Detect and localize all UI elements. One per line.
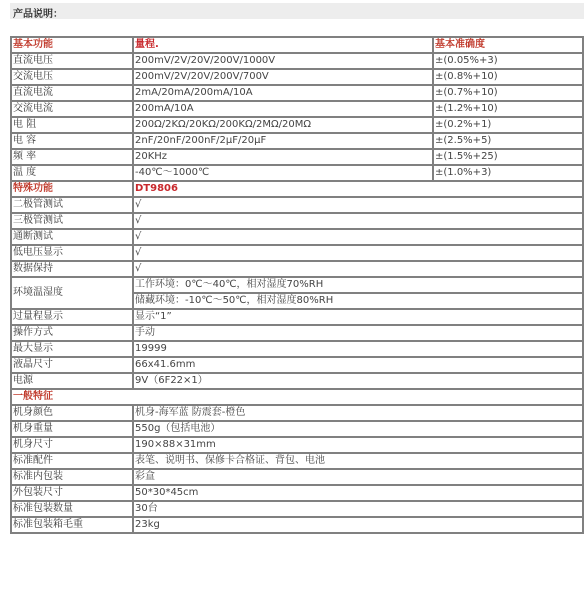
accuracy-value: ±(1.0%+3) (433, 165, 583, 181)
function-name: 直流电流 (11, 85, 133, 101)
table-row: 通断测试 √ (11, 229, 583, 245)
header-general-features: 一般特征 (11, 389, 583, 405)
feature-value: 9V（6F22×1） (133, 373, 583, 389)
table-row: 机身尺寸 190×88×31mm (11, 437, 583, 453)
general-header-row: 一般特征 (11, 389, 583, 405)
check-mark: √ (133, 229, 583, 245)
range-value: 20KHz (133, 149, 433, 165)
feature-name: 标准内包装 (11, 469, 133, 485)
feature-name: 三极管测试 (11, 213, 133, 229)
table-row: 过量程显示 显示“1” (11, 309, 583, 325)
storage-environment: 储藏环境：-10℃～50℃，相对湿度80%RH (133, 293, 583, 309)
header-special-function: 特殊功能 (11, 181, 133, 197)
table-row: 标准内包装 彩盒 (11, 469, 583, 485)
check-mark: √ (133, 261, 583, 277)
model-name: DT9806 (133, 181, 583, 197)
feature-name: 机身重量 (11, 421, 133, 437)
feature-value: 30台 (133, 501, 583, 517)
accuracy-value: ±(0.05%+3) (433, 53, 583, 69)
accuracy-value: ±(0.7%+10) (433, 85, 583, 101)
function-name: 交流电压 (11, 69, 133, 85)
table-row: 液晶尺寸 66x41.6mm (11, 357, 583, 373)
section-title-bar: 产品说明： (10, 3, 584, 19)
check-mark: √ (133, 245, 583, 261)
table-row: 机身颜色 机身-海军蓝 防震套-橙色 (11, 405, 583, 421)
table-row: 标准配件 表笔、说明书、保修卡合格证、背包、电池 (11, 453, 583, 469)
accuracy-value: ±(2.5%+5) (433, 133, 583, 149)
feature-name: 操作方式 (11, 325, 133, 341)
function-name: 直流电压 (11, 53, 133, 69)
feature-name: 最大显示 (11, 341, 133, 357)
accuracy-value: ±(0.2%+1) (433, 117, 583, 133)
feature-name: 二极管测试 (11, 197, 133, 213)
function-name: 电 阻 (11, 117, 133, 133)
basic-header-row: 基本功能 量程. 基本准确度 (11, 37, 583, 53)
feature-name: 通断测试 (11, 229, 133, 245)
function-name: 交流电流 (11, 101, 133, 117)
range-value: 200mV/2V/20V/200V/700V (133, 69, 433, 85)
feature-name: 机身尺寸 (11, 437, 133, 453)
range-value: 200mV/2V/20V/200V/1000V (133, 53, 433, 69)
range-value: 2nF/20nF/200nF/2μF/20μF (133, 133, 433, 149)
table-row: 三极管测试 √ (11, 213, 583, 229)
table-row: 交流电压 200mV/2V/20V/200V/700V ±(0.8%+10) (11, 69, 583, 85)
accuracy-value: ±(0.8%+10) (433, 69, 583, 85)
spec-table: 基本功能 量程. 基本准确度 直流电压 200mV/2V/20V/200V/10… (10, 36, 584, 534)
table-row: 二极管测试 √ (11, 197, 583, 213)
table-row: 环境温湿度 工作环境：0℃～40℃，相对湿度70%RH (11, 277, 583, 293)
table-row: 标准包装箱毛重 23kg (11, 517, 583, 533)
feature-value: 190×88×31mm (133, 437, 583, 453)
feature-name: 电源 (11, 373, 133, 389)
table-row: 操作方式 手动 (11, 325, 583, 341)
feature-value: 550g（包括电池） (133, 421, 583, 437)
table-row: 温 度 -40℃～1000℃ ±(1.0%+3) (11, 165, 583, 181)
feature-name: 数据保持 (11, 261, 133, 277)
check-mark: √ (133, 213, 583, 229)
feature-value: 手动 (133, 325, 583, 341)
table-row: 数据保持 √ (11, 261, 583, 277)
feature-value: 彩盒 (133, 469, 583, 485)
feature-value: 机身-海军蓝 防震套-橙色 (133, 405, 583, 421)
working-environment: 工作环境：0℃～40℃，相对湿度70%RH (133, 277, 583, 293)
feature-name: 过量程显示 (11, 309, 133, 325)
table-row: 电源 9V（6F22×1） (11, 373, 583, 389)
table-row: 交流电流 200mA/10A ±(1.2%+10) (11, 101, 583, 117)
range-value: 2mA/20mA/200mA/10A (133, 85, 433, 101)
header-basic-function: 基本功能 (11, 37, 133, 53)
feature-value: 显示“1” (133, 309, 583, 325)
feature-value: 19999 (133, 341, 583, 357)
table-row: 标准包装数量 30台 (11, 501, 583, 517)
table-row: 低电压显示 √ (11, 245, 583, 261)
table-row: 外包装尺寸 50*30*45cm (11, 485, 583, 501)
range-value: 200Ω/2KΩ/20KΩ/200KΩ/2MΩ/20MΩ (133, 117, 433, 133)
feature-name: 外包装尺寸 (11, 485, 133, 501)
feature-value: 50*30*45cm (133, 485, 583, 501)
environment-label: 环境温湿度 (11, 277, 133, 309)
table-row: 电 容 2nF/20nF/200nF/2μF/20μF ±(2.5%+5) (11, 133, 583, 149)
table-row: 最大显示 19999 (11, 341, 583, 357)
table-row: 电 阻 200Ω/2KΩ/20KΩ/200KΩ/2MΩ/20MΩ ±(0.2%+… (11, 117, 583, 133)
function-name: 电 容 (11, 133, 133, 149)
accuracy-value: ±(1.5%+25) (433, 149, 583, 165)
function-name: 温 度 (11, 165, 133, 181)
feature-name: 标准包装箱毛重 (11, 517, 133, 533)
range-value: -40℃～1000℃ (133, 165, 433, 181)
feature-name: 机身颜色 (11, 405, 133, 421)
header-range: 量程. (133, 37, 433, 53)
table-row: 直流电流 2mA/20mA/200mA/10A ±(0.7%+10) (11, 85, 583, 101)
range-value: 200mA/10A (133, 101, 433, 117)
special-header-row: 特殊功能 DT9806 (11, 181, 583, 197)
feature-value: 23kg (133, 517, 583, 533)
function-name: 频 率 (11, 149, 133, 165)
accuracy-value: ±(1.2%+10) (433, 101, 583, 117)
table-row: 机身重量 550g（包括电池） (11, 421, 583, 437)
feature-name: 低电压显示 (11, 245, 133, 261)
feature-name: 标准包装数量 (11, 501, 133, 517)
feature-value: 表笔、说明书、保修卡合格证、背包、电池 (133, 453, 583, 469)
page-title: 产品说明： (13, 5, 63, 20)
table-row: 频 率 20KHz ±(1.5%+25) (11, 149, 583, 165)
feature-name: 标准配件 (11, 453, 133, 469)
check-mark: √ (133, 197, 583, 213)
header-accuracy: 基本准确度 (433, 37, 583, 53)
feature-value: 66x41.6mm (133, 357, 583, 373)
feature-name: 液晶尺寸 (11, 357, 133, 373)
table-row: 直流电压 200mV/2V/20V/200V/1000V ±(0.05%+3) (11, 53, 583, 69)
